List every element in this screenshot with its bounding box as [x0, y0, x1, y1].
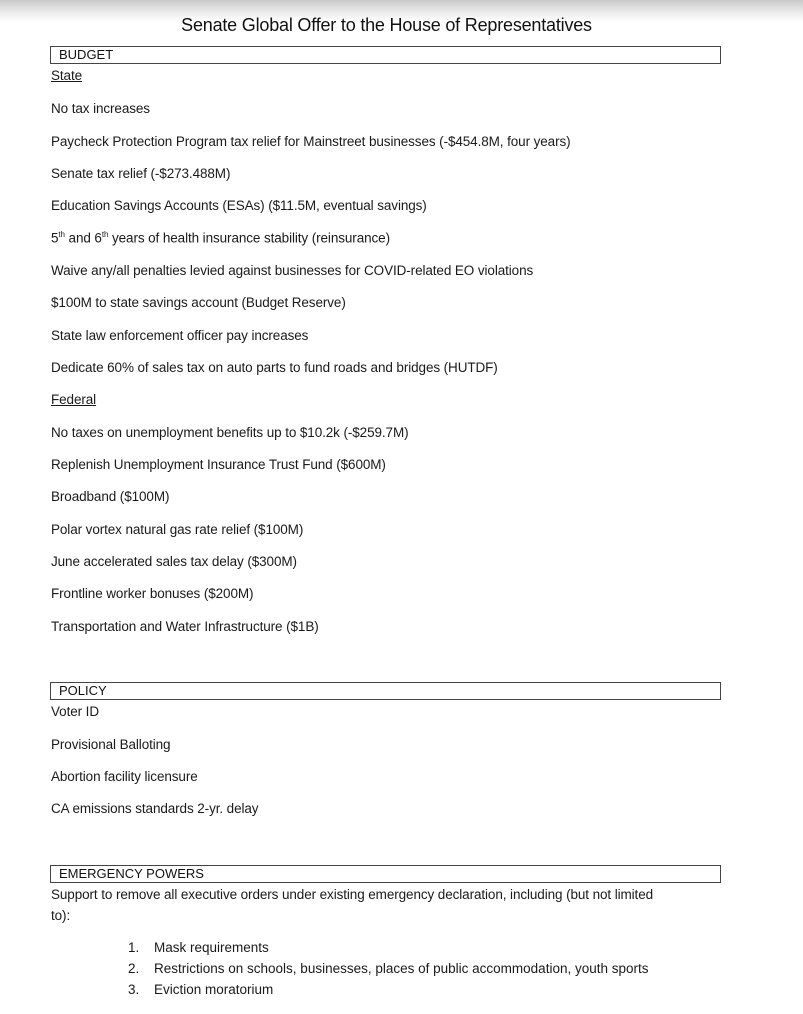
state-subheading: State [51, 68, 82, 83]
policy-item: Voter ID [51, 704, 99, 719]
budget-federal-item: Replenish Unemployment Insurance Trust F… [51, 457, 386, 472]
budget-federal-item: Polar vortex natural gas rate relief ($1… [51, 522, 303, 537]
budget-state-item: No tax increases [51, 101, 150, 116]
budget-state-item: Waive any/all penalties levied against b… [51, 263, 533, 278]
budget-state-item-reinsurance: 5th and 6th years of health insurance st… [51, 230, 390, 246]
budget-federal-item: Frontline worker bonuses ($200M) [51, 586, 253, 601]
numbered-list-item: 2.Restrictions on schools, businesses, p… [128, 961, 649, 976]
emergency-powers-section-heading: EMERGENCY POWERS [50, 865, 721, 883]
budget-state-item: Paycheck Protection Program tax relief f… [51, 134, 571, 149]
emergency-powers-intro: Support to remove all executive orders u… [51, 887, 653, 902]
list-number: 1. [128, 940, 154, 955]
policy-item: CA emissions standards 2-yr. delay [51, 801, 258, 816]
policy-item: Provisional Balloting [51, 737, 170, 752]
federal-subheading: Federal [51, 392, 96, 407]
emergency-powers-intro-continued: to): [51, 908, 70, 923]
policy-item: Abortion facility licensure [51, 769, 198, 784]
budget-federal-item: No taxes on unemployment benefits up to … [51, 425, 409, 440]
budget-section-heading: BUDGET [50, 46, 721, 64]
budget-federal-item: Broadband ($100M) [51, 489, 169, 504]
numbered-list-item: 3.Eviction moratorium [128, 982, 273, 997]
document-title: Senate Global Offer to the House of Repr… [0, 15, 773, 36]
budget-state-item: Dedicate 60% of sales tax on auto parts … [51, 360, 498, 375]
budget-federal-item: Transportation and Water Infrastructure … [51, 619, 319, 634]
list-number: 2. [128, 961, 154, 976]
budget-state-item: $100M to state savings account (Budget R… [51, 295, 346, 310]
budget-federal-item: June accelerated sales tax delay ($300M) [51, 554, 297, 569]
policy-section-heading: POLICY [50, 682, 721, 700]
list-item-text: Mask requirements [154, 940, 269, 955]
budget-state-item: Education Savings Accounts (ESAs) ($11.5… [51, 198, 427, 213]
list-item-text: Restrictions on schools, businesses, pla… [154, 961, 649, 976]
budget-state-item: Senate tax relief (-$273.488M) [51, 166, 230, 181]
ordinal-number: and 6 [65, 231, 102, 246]
budget-state-item: State law enforcement officer pay increa… [51, 328, 308, 343]
item-text: years of health insurance stability (rei… [108, 231, 390, 246]
numbered-list-item: 1.Mask requirements [128, 940, 269, 955]
list-number: 3. [128, 982, 154, 997]
list-item-text: Eviction moratorium [154, 982, 273, 997]
